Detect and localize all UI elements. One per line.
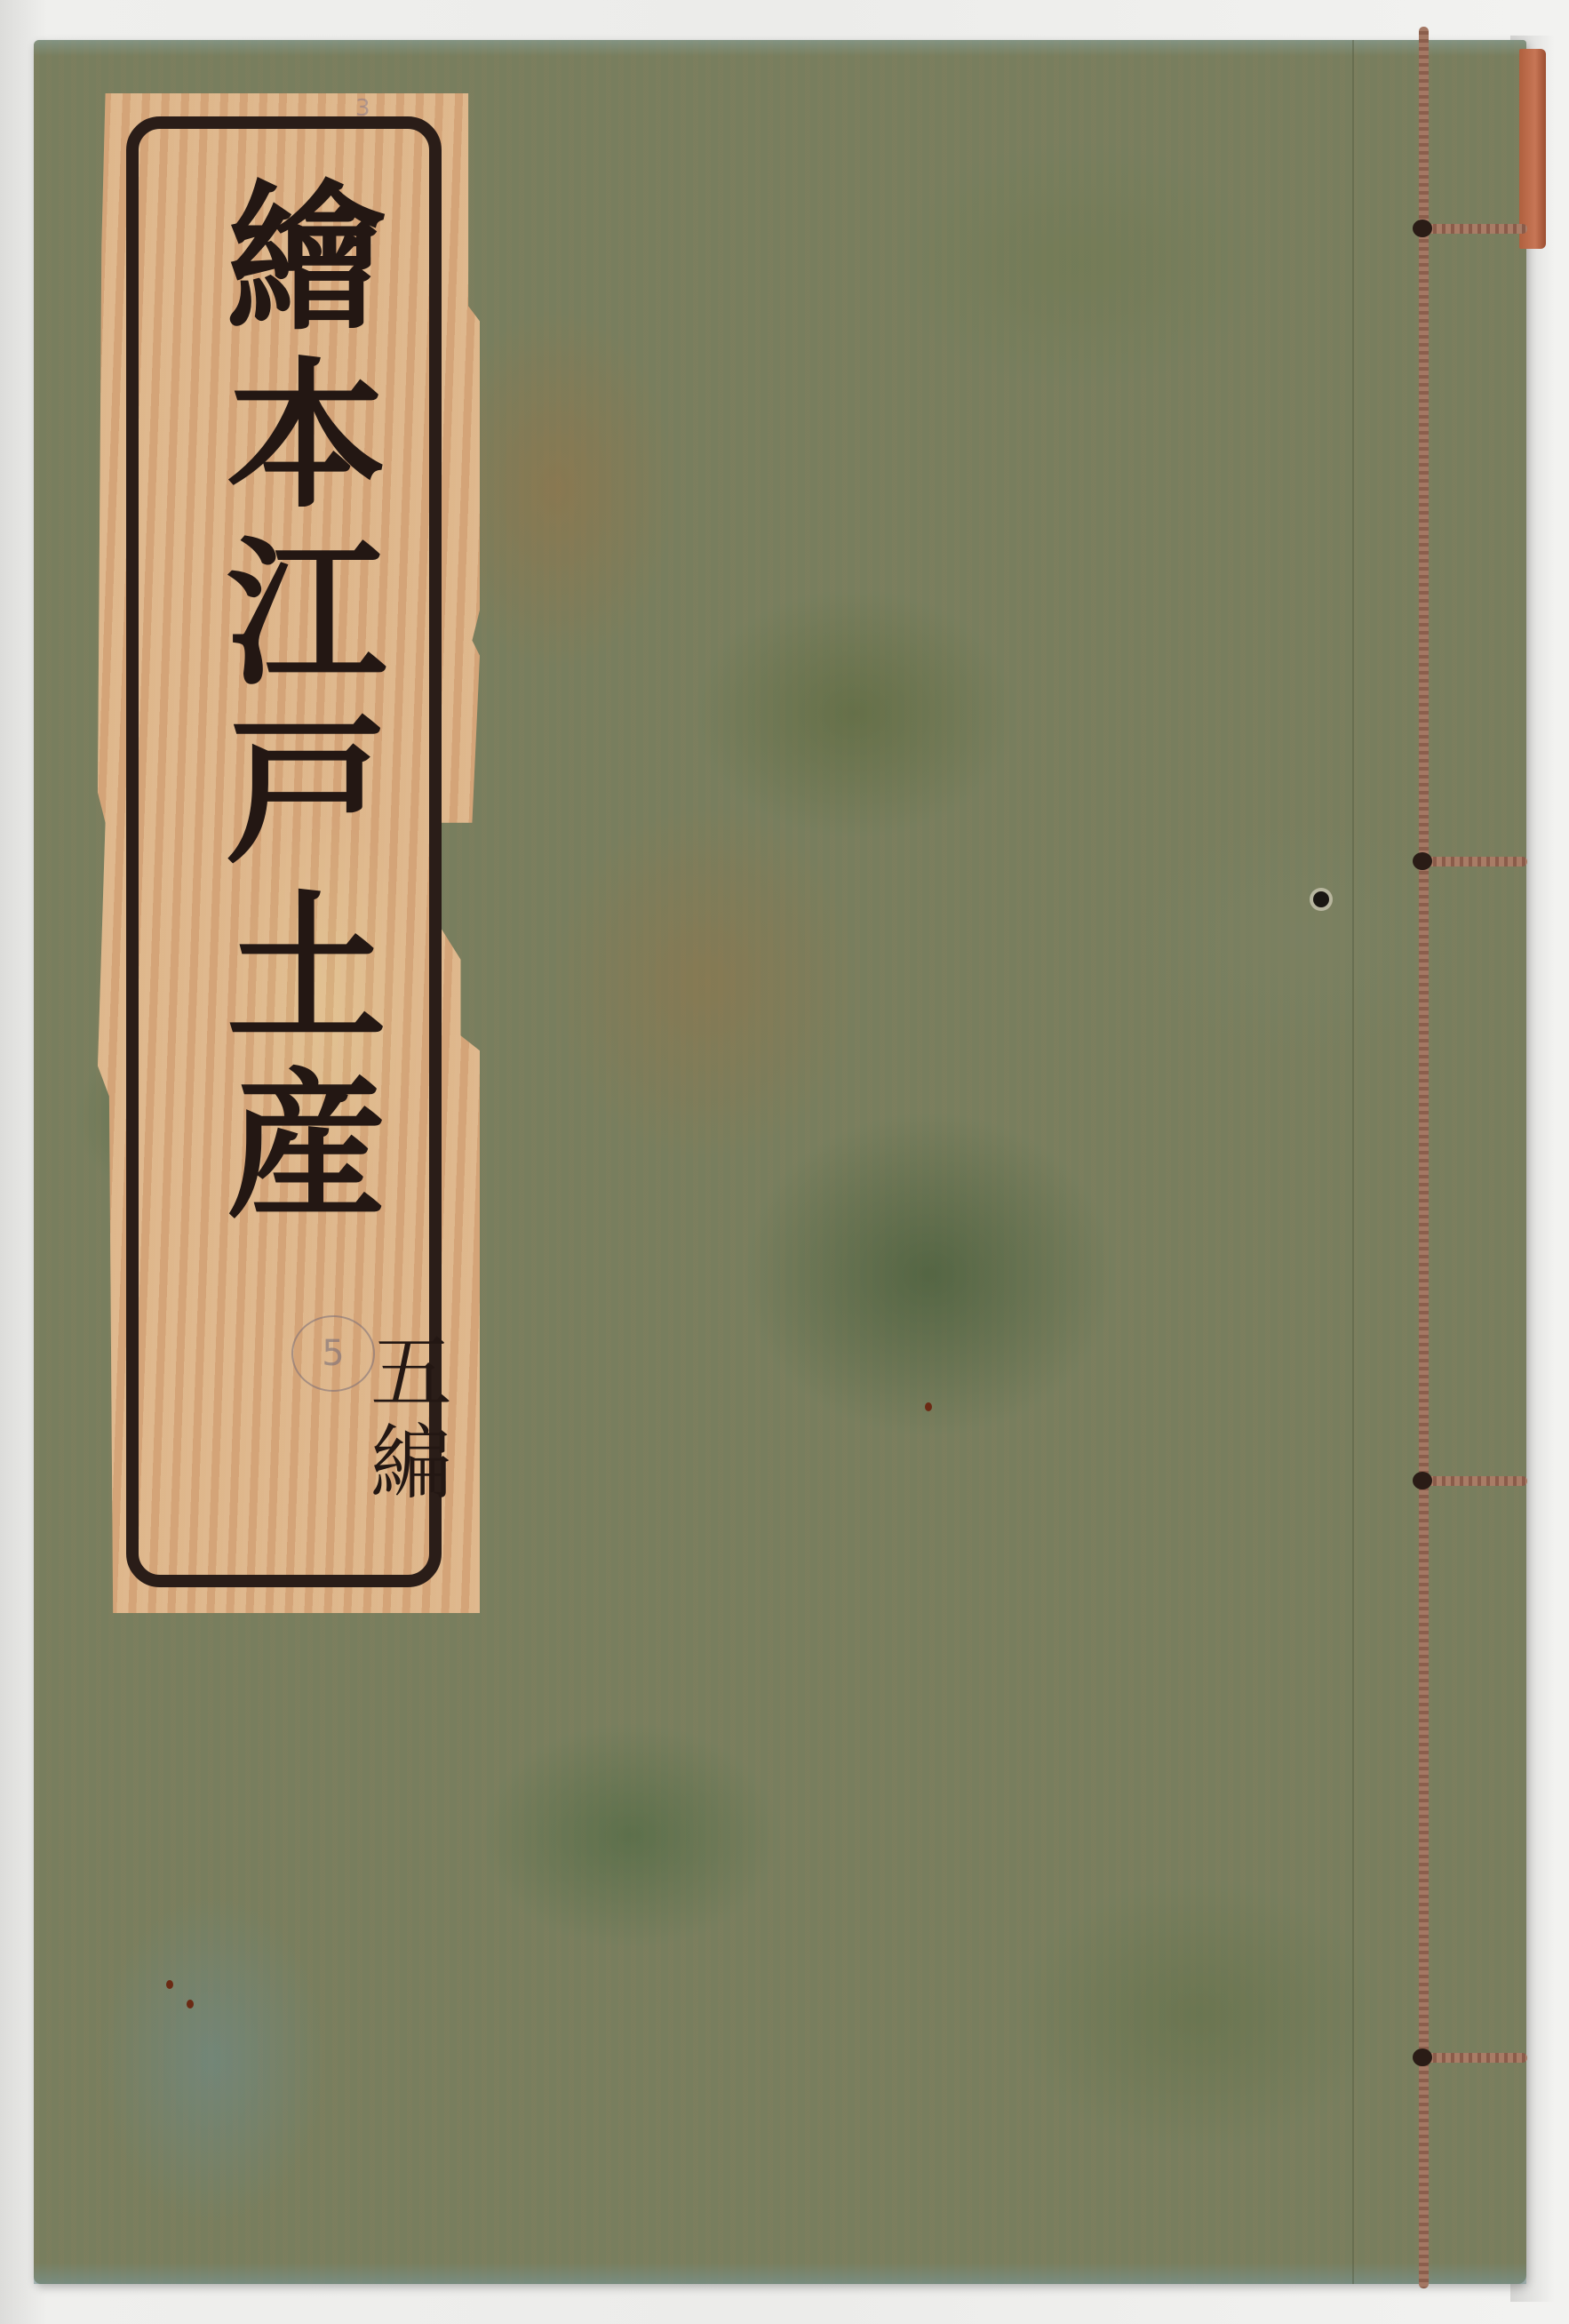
spine-fold-line [1352, 40, 1354, 2284]
binding-thread-vertical [1419, 27, 1429, 2288]
stain-spot [187, 2000, 194, 2009]
cover-top-edge [34, 40, 1526, 56]
binding-knot [1413, 852, 1432, 870]
worm-hole [1313, 891, 1329, 907]
corner-cloth-reinforcement [1519, 49, 1546, 249]
pencil-corner-mark: 3 [355, 95, 370, 122]
binding-knot [1413, 2048, 1432, 2066]
stain-spot [166, 1980, 173, 1989]
binding-thread-stitch [1419, 2053, 1527, 2063]
binding-knot [1413, 1472, 1432, 1489]
stain-spot [925, 1402, 932, 1411]
binding-thread-stitch [1419, 224, 1527, 234]
title-slip: 繪本江戸土産 5 五編 [98, 93, 480, 1613]
binding-knot [1413, 220, 1432, 237]
binding-thread-stitch [1419, 857, 1527, 867]
book-title: 繪本江戸土産 [204, 173, 382, 1240]
binding-thread-stitch [1419, 1476, 1527, 1486]
volume-label: 五編 [355, 1329, 453, 1510]
cover-bottom-edge [34, 2263, 1526, 2284]
